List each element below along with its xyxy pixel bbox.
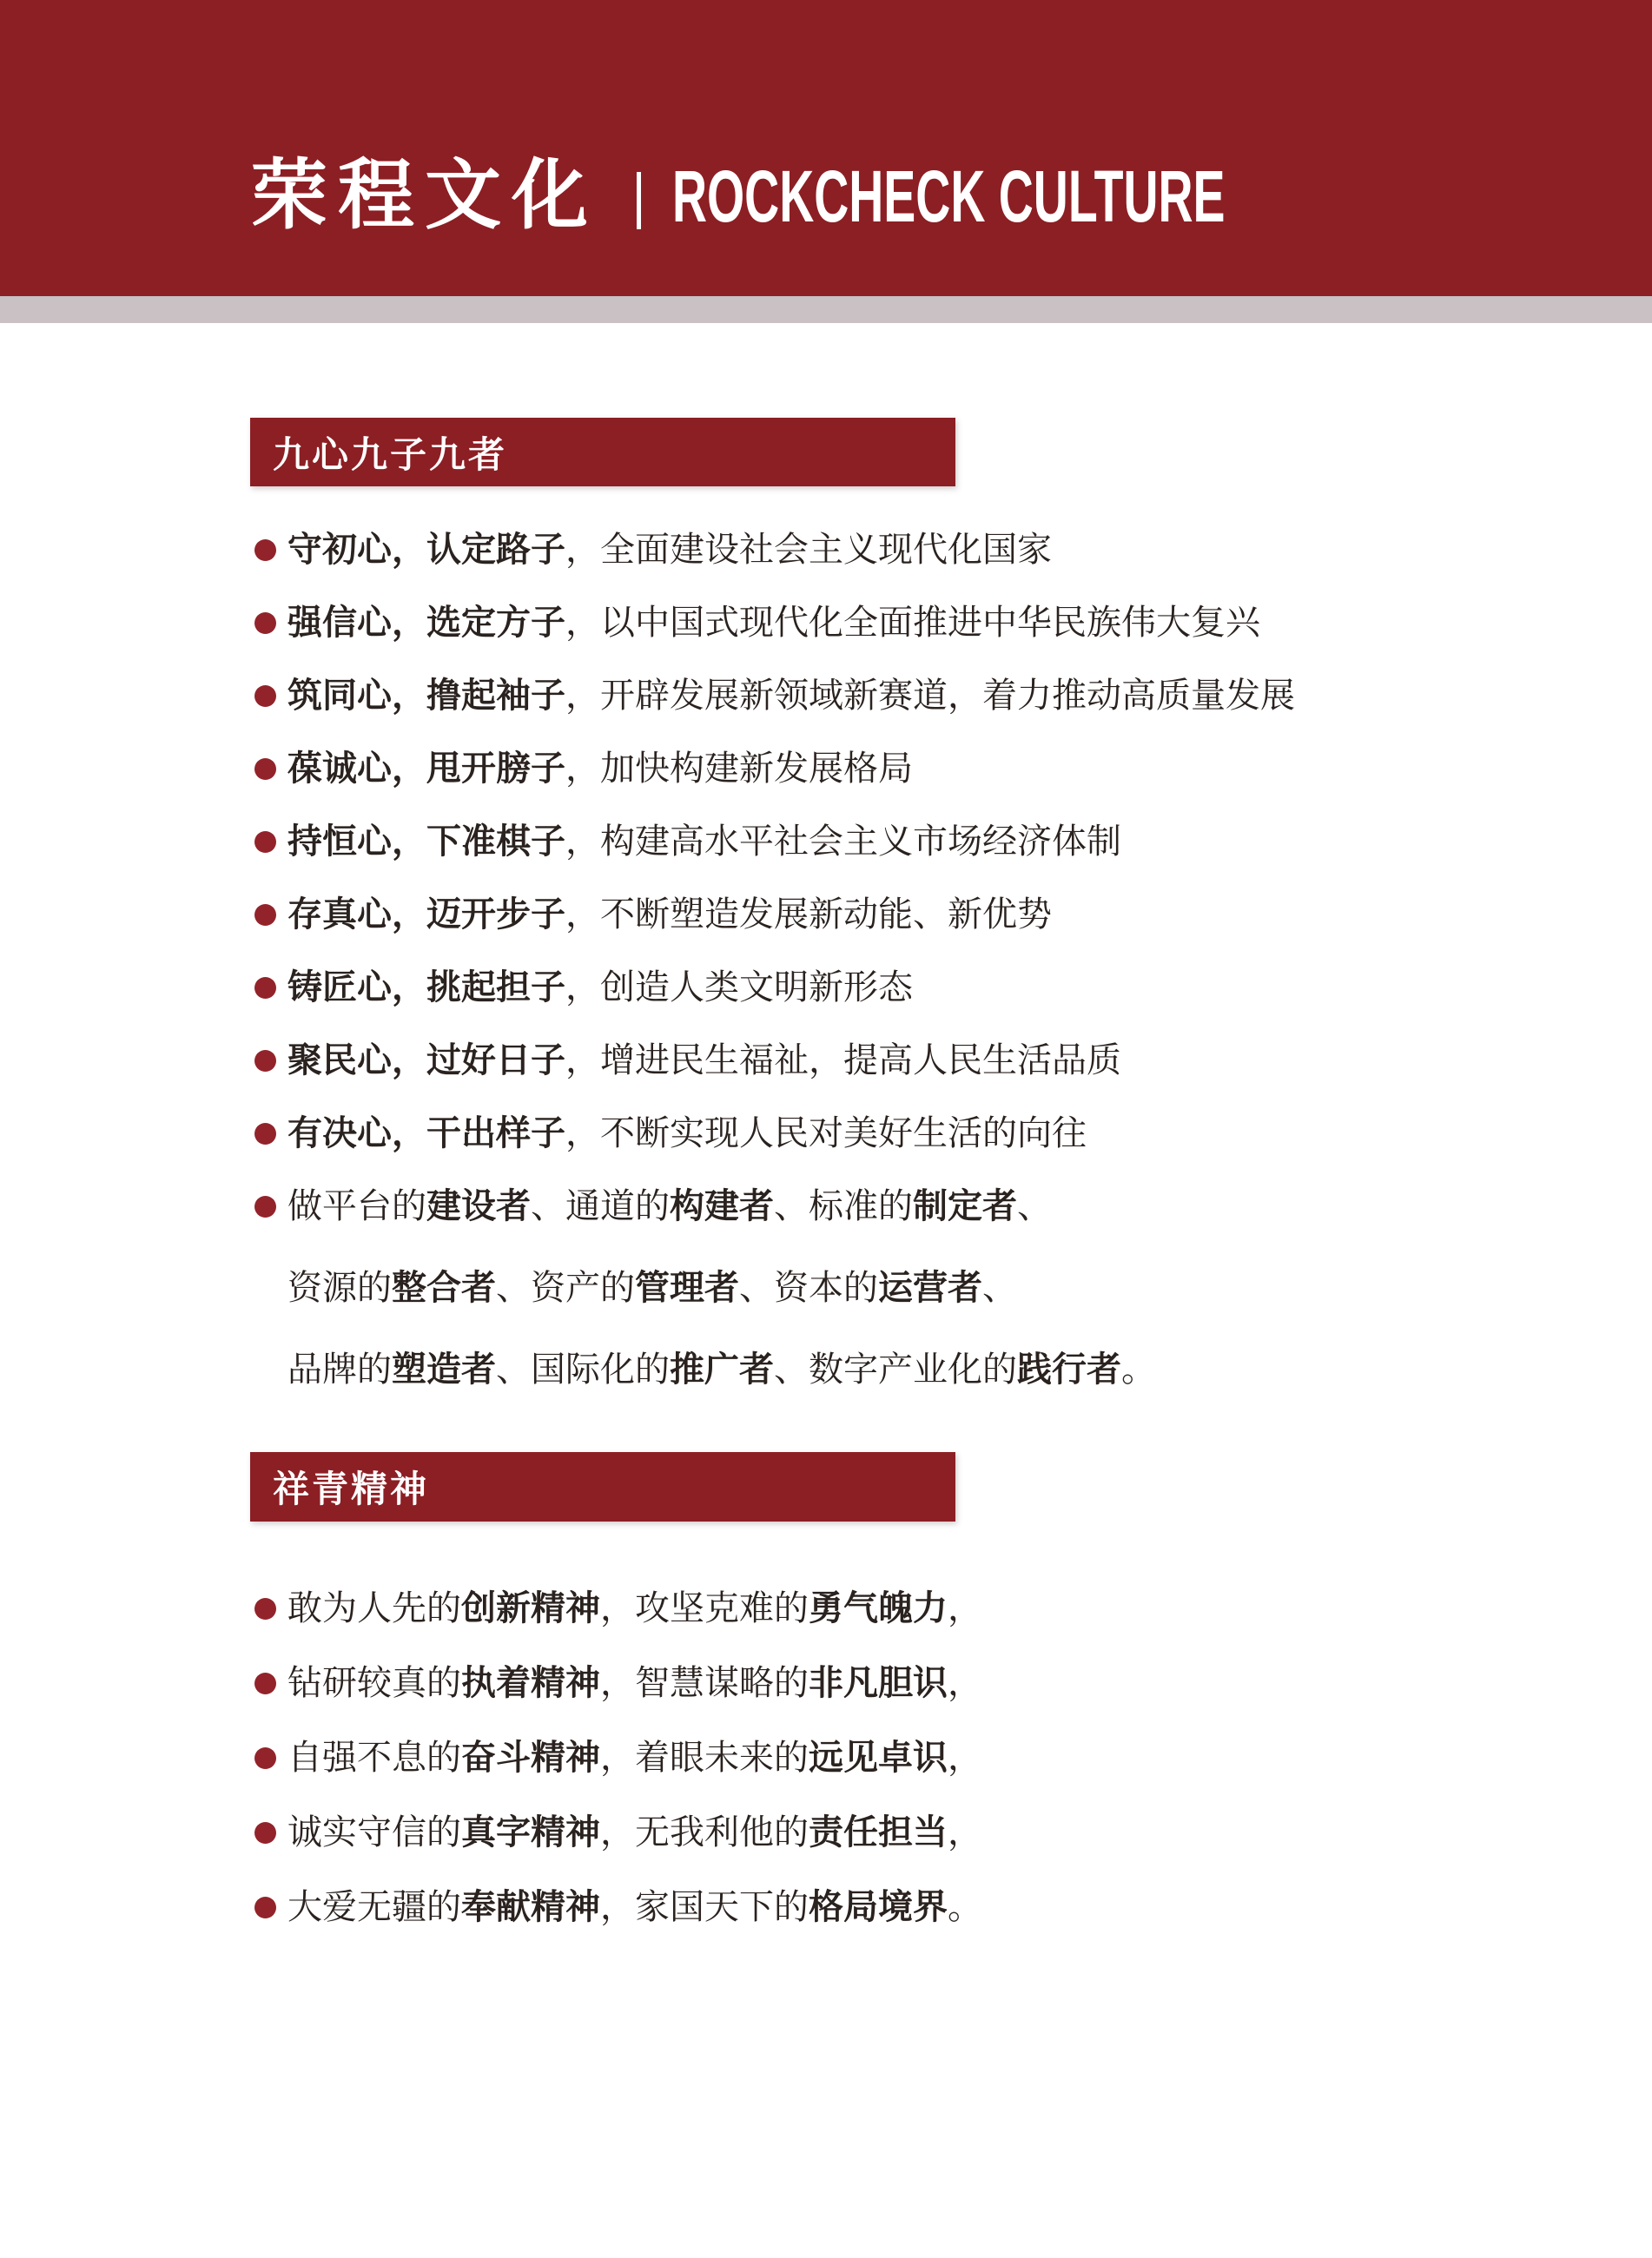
bullet-icon bbox=[254, 1897, 276, 1918]
page-title: 荣程文化 ROCKCHECK CULTURE bbox=[251, 157, 1510, 234]
nine-roles-paragraph: 做平台的建设者、通道的构建者、标准的制定者、资源的整合者、资产的管理者、资本的运… bbox=[250, 1187, 1405, 1389]
list-item-text: 诚实守信的真字精神，无我利他的责任担当， bbox=[287, 1813, 982, 1852]
list-item: 品牌的塑造者、国际化的推广者、数字产业化的践行者。 bbox=[250, 1350, 1405, 1389]
list-item-text: 筑同心，撸起袖子，开辟发展新领域新赛道，着力推动高质量发展 bbox=[287, 677, 1295, 715]
list-item: 敢为人先的创新精神，攻坚克难的勇气魄力， bbox=[250, 1589, 1405, 1627]
bullet-icon bbox=[254, 612, 276, 634]
bullet-icon bbox=[254, 1123, 276, 1145]
header-underline-strip bbox=[0, 296, 1652, 323]
bullet-icon bbox=[254, 1196, 276, 1218]
list-item: 葆诚心，甩开膀子，加快构建新发展格局 bbox=[250, 749, 1405, 788]
list-item-text: 聚民心，过好日子，增进民生福祉，提高人民生活品质 bbox=[287, 1041, 1121, 1079]
title-english: ROCKCHECK CULTURE bbox=[672, 160, 1226, 233]
list-item-text: 敢为人先的创新精神，攻坚克难的勇气魄力， bbox=[287, 1589, 982, 1627]
list-item-text: 葆诚心，甩开膀子，加快构建新发展格局 bbox=[287, 749, 913, 788]
list-item-text: 钻研较真的执着精神，智慧谋略的非凡胆识， bbox=[287, 1664, 982, 1702]
bullet-icon bbox=[254, 904, 276, 926]
list-item-text: 自强不息的奋斗精神，着眼未来的远见卓识， bbox=[287, 1739, 982, 1777]
bullet-icon bbox=[254, 1673, 276, 1694]
list-item: 有决心，干出样子，不断实现人民对美好生活的向往 bbox=[250, 1114, 1405, 1152]
list-item: 铸匠心，挑起担子，创造人类文明新形态 bbox=[250, 968, 1405, 1007]
bullet-icon bbox=[254, 977, 276, 999]
list-item-text: 强信心，选定方子，以中国式现代化全面推进中华民族伟大复兴 bbox=[287, 604, 1260, 642]
list-item-text: 品牌的塑造者、国际化的推广者、数字产业化的践行者。 bbox=[287, 1350, 1156, 1389]
list-item: 强信心，选定方子，以中国式现代化全面推进中华民族伟大复兴 bbox=[250, 604, 1405, 642]
list-item-text: 持恒心，下准棋子，构建高水平社会主义市场经济体制 bbox=[287, 822, 1121, 861]
list-item-text: 存真心，迈开步子，不断塑造发展新动能、新优势 bbox=[287, 895, 1052, 934]
list-item: 资源的整合者、资产的管理者、资本的运营者、 bbox=[250, 1269, 1405, 1307]
bullet-icon bbox=[254, 758, 276, 780]
page-content: 九心九子九者 守初心，认定路子，全面建设社会主义现代化国家强信心，选定方子，以中… bbox=[250, 418, 1405, 1926]
bullet-icon bbox=[254, 1598, 276, 1620]
list-item-text: 有决心，干出样子，不断实现人民对美好生活的向往 bbox=[287, 1114, 1087, 1152]
list-item: 做平台的建设者、通道的构建者、标准的制定者、 bbox=[250, 1187, 1405, 1225]
bullet-icon bbox=[254, 831, 276, 853]
list-item-text: 做平台的建设者、通道的构建者、标准的制定者、 bbox=[287, 1187, 1052, 1225]
title-chinese: 荣程文化 bbox=[251, 157, 598, 234]
xiangqing-spirit-list: 敢为人先的创新精神，攻坚克难的勇气魄力，钻研较真的执着精神，智慧谋略的非凡胆识，… bbox=[250, 1589, 1405, 1926]
list-item: 大爱无疆的奉献精神，家国天下的格局境界。 bbox=[250, 1888, 1405, 1926]
bullet-icon bbox=[254, 1822, 276, 1844]
nine-hearts-list: 守初心，认定路子，全面建设社会主义现代化国家强信心，选定方子，以中国式现代化全面… bbox=[250, 531, 1405, 1152]
list-item-text: 大爱无疆的奉献精神，家国天下的格局境界。 bbox=[287, 1888, 982, 1926]
list-item: 聚民心，过好日子，增进民生福祉，提高人民生活品质 bbox=[250, 1041, 1405, 1079]
section-heading-nine-hearts: 九心九子九者 bbox=[250, 418, 955, 486]
list-item: 自强不息的奋斗精神，着眼未来的远见卓识， bbox=[250, 1739, 1405, 1777]
title-divider-bar bbox=[637, 172, 641, 229]
section-heading-xiangqing-spirit: 祥青精神 bbox=[250, 1452, 955, 1522]
list-item-text: 资源的整合者、资产的管理者、资本的运营者、 bbox=[287, 1269, 1017, 1307]
list-item: 持恒心，下准棋子，构建高水平社会主义市场经济体制 bbox=[250, 822, 1405, 861]
header-band: 荣程文化 ROCKCHECK CULTURE bbox=[0, 0, 1652, 296]
section-heading-text: 九心九子九者 bbox=[273, 426, 507, 479]
bullet-icon bbox=[254, 685, 276, 707]
bullet-icon bbox=[254, 539, 276, 561]
section-heading-text: 祥青精神 bbox=[273, 1461, 429, 1513]
list-item: 筑同心，撸起袖子，开辟发展新领域新赛道，着力推动高质量发展 bbox=[250, 677, 1405, 715]
bullet-icon bbox=[254, 1747, 276, 1769]
list-item: 诚实守信的真字精神，无我利他的责任担当， bbox=[250, 1813, 1405, 1852]
bullet-icon bbox=[254, 1050, 276, 1072]
list-item-text: 铸匠心，挑起担子，创造人类文明新形态 bbox=[287, 968, 913, 1007]
list-item: 钻研较真的执着精神，智慧谋略的非凡胆识， bbox=[250, 1664, 1405, 1702]
list-item: 存真心，迈开步子，不断塑造发展新动能、新优势 bbox=[250, 895, 1405, 934]
list-item-text: 守初心，认定路子，全面建设社会主义现代化国家 bbox=[287, 531, 1052, 569]
list-item: 守初心，认定路子，全面建设社会主义现代化国家 bbox=[250, 531, 1405, 569]
